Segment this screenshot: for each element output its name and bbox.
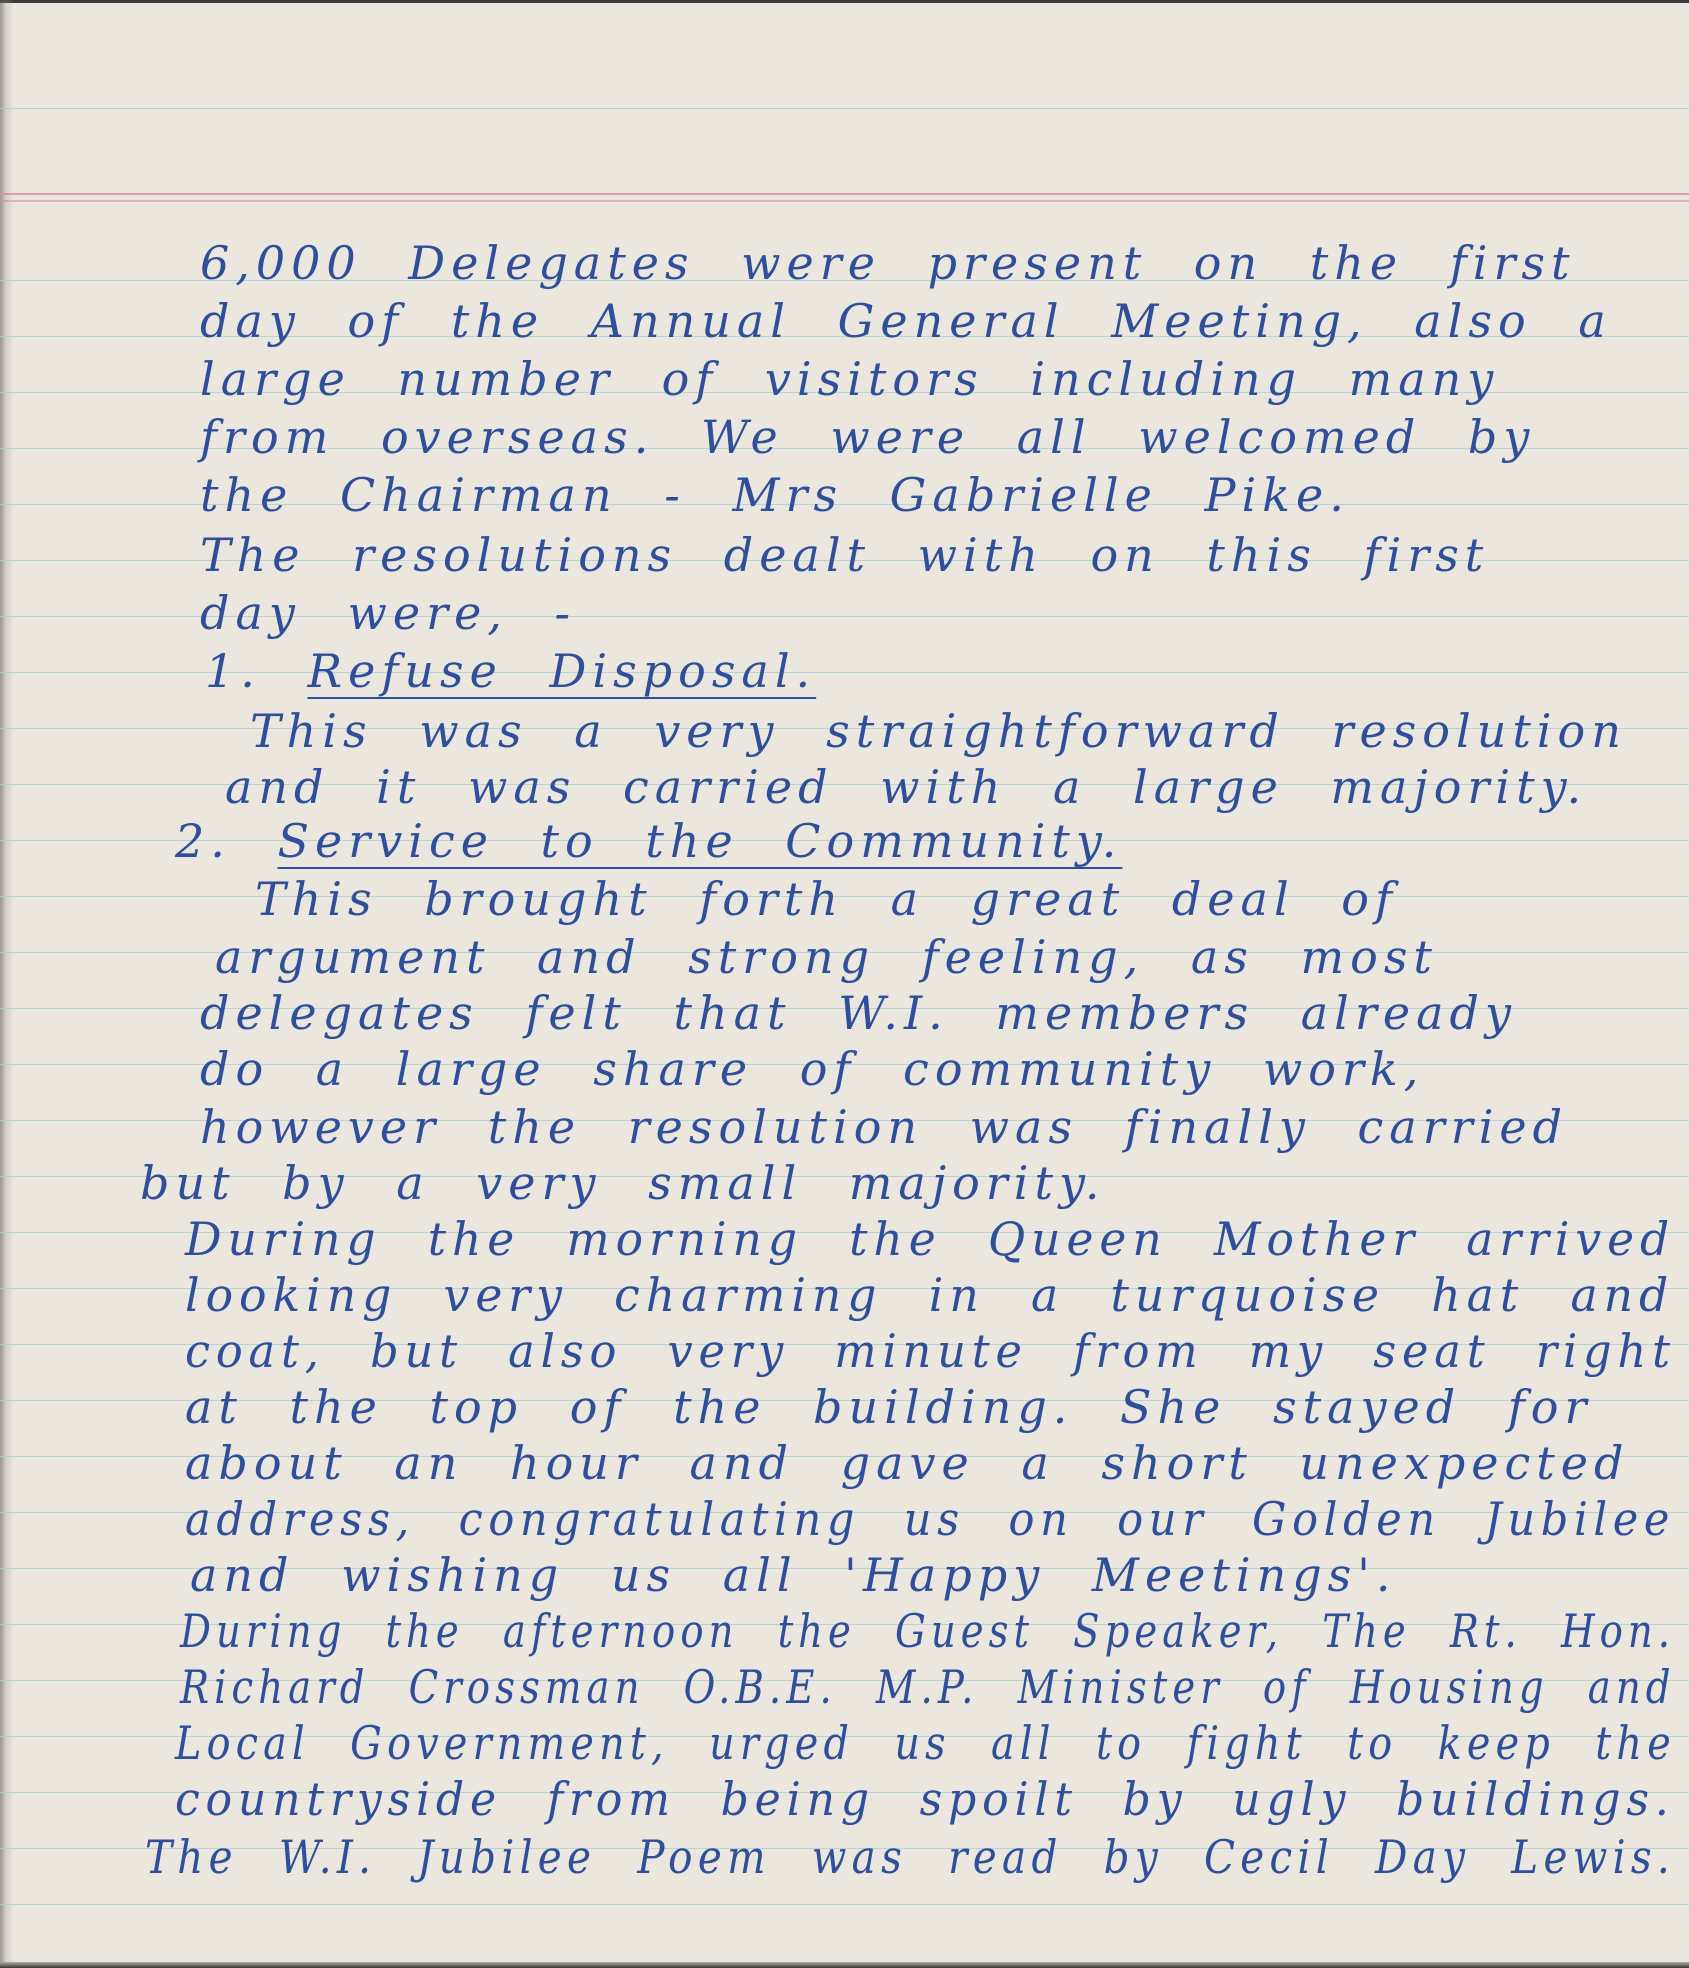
heading-title: Service to the Community. — [278, 814, 1123, 868]
text-line: from overseas. We were all welcomed by — [200, 414, 1535, 460]
text-line: and it was carried with a large majority… — [225, 764, 1587, 810]
text-line: looking very charming in a turquoise hat… — [185, 1272, 1674, 1318]
text-line: but by a very small majority. — [140, 1160, 1105, 1206]
text-line: Local Government, urged us all to fight … — [175, 1720, 1676, 1766]
heading-title: Refuse Disposal. — [308, 644, 817, 698]
text-line: The resolutions dealt with on this first — [200, 532, 1489, 578]
text-line: Richard Crossman O.B.E. M.P. Minister of… — [180, 1664, 1676, 1710]
text-line: During the afternoon the Guest Speaker, … — [180, 1608, 1675, 1654]
text-line: about an hour and gave a short unexpecte… — [185, 1440, 1629, 1486]
text-line: however the resolution was finally carri… — [200, 1104, 1568, 1150]
text-line: argument and strong feeling, as most — [215, 934, 1438, 980]
text-line: The W.I. Jubilee Poem was read by Cecil … — [145, 1834, 1675, 1880]
text-line: day were, - — [200, 590, 576, 636]
text-line: the Chairman - Mrs Gabrielle Pike. — [200, 472, 1350, 518]
text-line: at the top of the building. She stayed f… — [185, 1384, 1593, 1430]
text-line: large number of visitors including many — [200, 356, 1499, 402]
heading-service-community: 2. Service to the Community. — [175, 818, 1122, 864]
notebook-page: 6,000 Delegates were present on the firs… — [0, 0, 1689, 1968]
text-line: countryside from being spoilt by ugly bu… — [175, 1776, 1675, 1822]
text-line: During the morning the Queen Mother arri… — [185, 1216, 1675, 1262]
text-line: do a large share of community work, — [200, 1046, 1424, 1092]
text-line: day of the Annual General Meeting, also … — [200, 298, 1612, 344]
heading-refuse-disposal: 1. Refuse Disposal. — [205, 648, 816, 694]
text-line: and wishing us all 'Happy Meetings'. — [190, 1552, 1397, 1598]
text-line: address, congratulating us on our Golden… — [185, 1496, 1675, 1542]
heading-number: 1. — [205, 644, 261, 698]
page-bottom-edge — [0, 1962, 1689, 1968]
text-line: 6,000 Delegates were present on the firs… — [200, 240, 1576, 286]
text-line: This brought forth a great deal of — [255, 876, 1398, 922]
handwritten-text: 6,000 Delegates were present on the firs… — [0, 0, 1689, 1968]
text-line: This was a very straightforward resoluti… — [250, 708, 1627, 754]
text-line: coat, but also very minute from my seat … — [185, 1328, 1676, 1374]
text-line: delegates felt that W.I. members already — [200, 990, 1517, 1036]
heading-number: 2. — [175, 814, 231, 868]
